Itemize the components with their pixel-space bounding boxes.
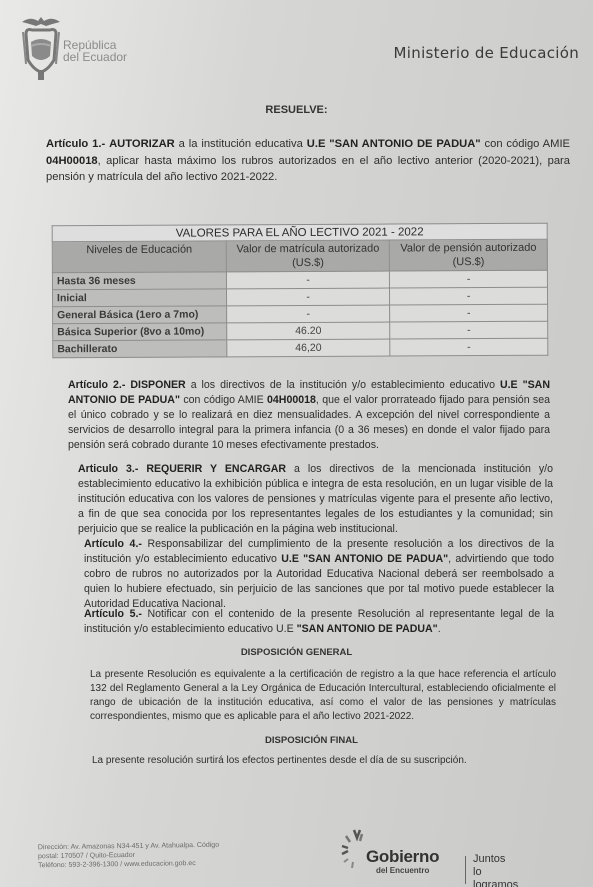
matricula-cell: - (226, 271, 389, 289)
table-row: Bachillerato 46,20 - (53, 338, 548, 358)
article-2-label: Artículo 2.- (68, 379, 125, 391)
article-4: Artículo 4.- Responsabilizar del cumplim… (84, 537, 554, 612)
article-1-text-1: a la institución educativa (179, 138, 303, 150)
level-cell: Básica Superior (8vo a 10mo) (53, 323, 227, 341)
disposicion-general-heading: DISPOSICIÓN GENERAL (0, 647, 593, 658)
article-5-end: . (438, 623, 441, 635)
gobierno-del-encuentro-logo: Gobierno del Encuentro Juntos lo logramo… (340, 826, 515, 886)
level-cell: Bachillerato (53, 340, 227, 358)
article-2-text-2: con código AMIE (183, 394, 263, 406)
article-2-text-1: a los directivos de la institución y/o e… (191, 379, 495, 391)
article-3: Articulo 3.- REQUERIR Y ENCARGAR a los d… (78, 462, 553, 537)
article-2-verb: DISPONER (130, 379, 185, 391)
letterhead: República del Ecuador Ministerio de Educ… (18, 12, 579, 82)
pension-cell: - (390, 338, 548, 356)
address-line-3: Teléfono: 593-2-396-1300 / www.educacion… (38, 859, 219, 871)
level-cell: General Básica (1ero a 7mo) (53, 306, 227, 324)
amie-code: 04H00018 (46, 155, 98, 167)
article-2: Artículo 2.- DISPONER a los directivos d… (68, 378, 550, 453)
article-4-label: Artículo 4.- (84, 538, 142, 550)
gobierno-name: Gobierno (366, 847, 439, 867)
pension-cell: - (390, 270, 548, 288)
article-5: Artículo 5.- Notificar con el contenido … (84, 607, 554, 637)
pension-cell: - (390, 304, 548, 322)
article-1-text-3: , aplicar hasta máximo los rubros autori… (46, 155, 570, 184)
article-1: Artículo 1.- AUTORIZAR a la institución … (46, 136, 570, 186)
disposicion-final-text: La presente resolución surtirá los efect… (92, 753, 552, 768)
disposicion-final-heading: DISPOSICIÓN FINAL (30, 735, 593, 746)
pension-cell: - (390, 287, 548, 305)
document-page: República del Ecuador Ministerio de Educ… (0, 0, 593, 887)
ministry-name: Ministerio de Educación (394, 44, 579, 62)
slogan: Juntos lo logramos (473, 853, 518, 887)
republica-del-ecuador-logo-text: República del Ecuador (63, 39, 127, 63)
gobierno-subtitle: del Encuentro (376, 866, 429, 875)
matricula-cell: 46.20 (227, 322, 390, 340)
ecuador-coat-of-arms-icon (18, 12, 64, 82)
institution-name: U.E "SAN ANTONIO DE PADUA" (281, 553, 448, 565)
disposicion-general-text: La presente Resolución es equivalente a … (90, 668, 556, 724)
institution-name: "SAN ANTONIO DE PADUA" (297, 623, 438, 635)
matricula-cell: - (226, 288, 389, 306)
fees-table: VALORES PARA EL AÑO LECTIVO 2021 - 2022 … (52, 223, 549, 359)
article-1-verb: AUTORIZAR (109, 138, 175, 150)
article-3-verb: REQUERIR Y ENCARGAR (146, 463, 286, 475)
logo-divider (465, 856, 466, 884)
level-cell: Inicial (52, 289, 226, 307)
article-1-text-2: con código AMIE (485, 138, 571, 150)
matricula-cell: 46,20 (227, 339, 390, 357)
institution-name: U.E "SAN ANTONIO DE PADUA" (307, 138, 481, 150)
resuelve-heading: RESUELVE: (0, 104, 593, 116)
republic-line-2: del Ecuador (63, 51, 127, 63)
footer-address: Dirección: Av. Amazonas N34-451 y Av. At… (38, 841, 220, 871)
article-5-label: Artículo 5.- (84, 608, 142, 620)
pension-cell: - (390, 321, 548, 339)
slogan-line-2: lo logramos (473, 866, 518, 887)
header-level: Niveles de Educación (52, 241, 226, 273)
level-cell: Hasta 36 meses (52, 272, 226, 290)
gobierno-sunburst-icon (340, 826, 368, 874)
header-pension: Valor de pensión autorizado (US.$) (389, 239, 547, 271)
amie-code: 04H00018 (267, 394, 316, 406)
matricula-cell: - (227, 305, 390, 323)
header-matricula: Valor de matrícula autorizado (US.$) (226, 240, 389, 272)
article-1-label: Artículo 1.- (46, 138, 105, 150)
slogan-line-1: Juntos (473, 853, 518, 866)
article-3-label: Articulo 3.- (78, 463, 138, 475)
